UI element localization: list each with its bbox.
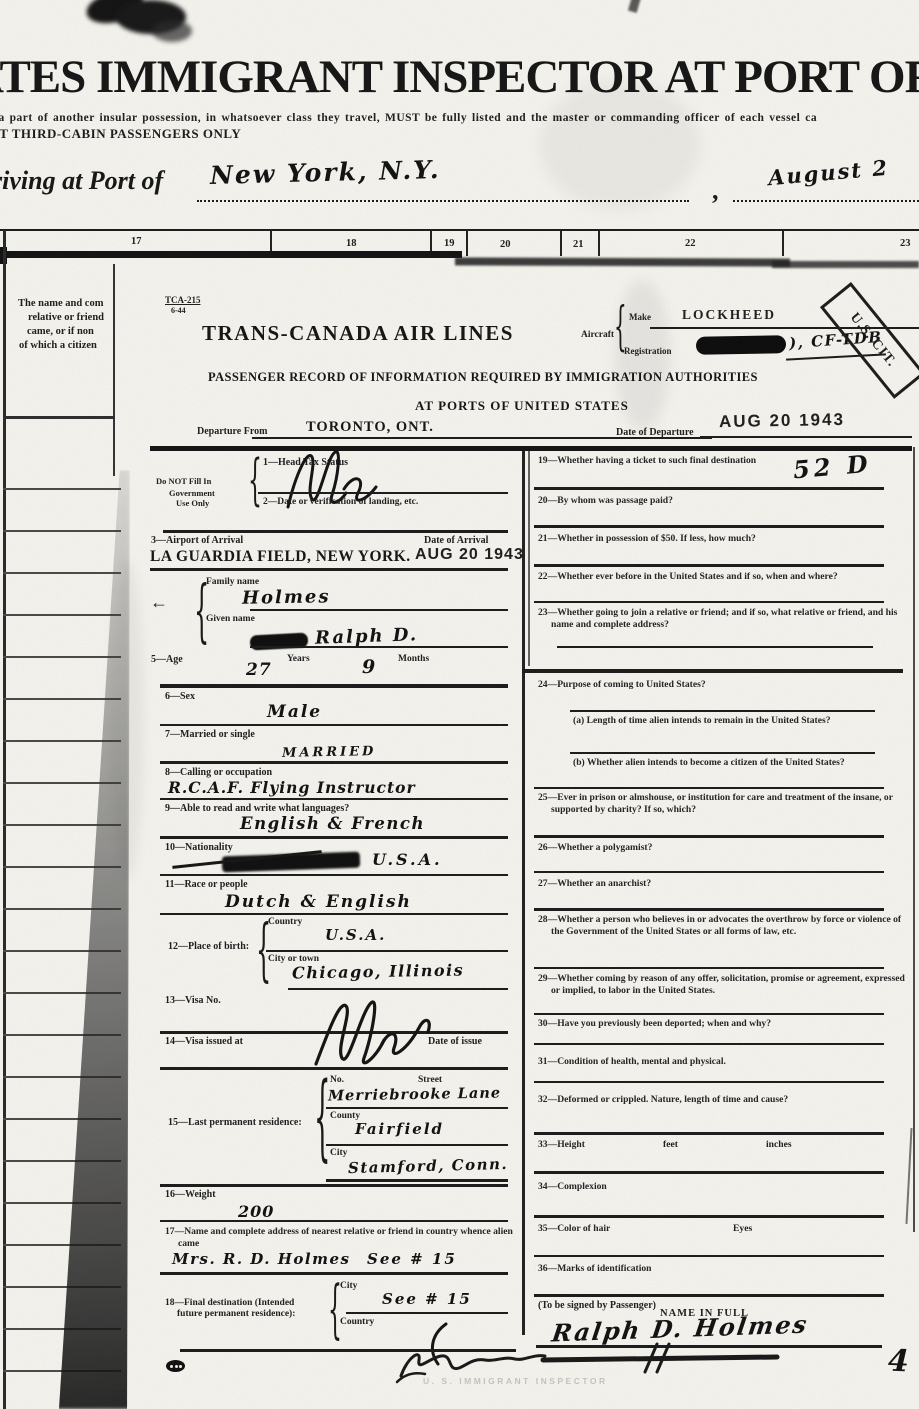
residence-no-label: No. xyxy=(330,1075,344,1085)
column-divider xyxy=(560,230,562,256)
column-number-18: 18 xyxy=(346,238,357,249)
manifest-note-2: IST THIRD-CABIN PASSENGERS ONLY xyxy=(0,126,241,142)
rule xyxy=(160,874,508,876)
airline-name: TRANS-CANADA AIR LINES xyxy=(202,321,514,346)
column-number-20: 20 xyxy=(500,239,511,250)
field10-label: 10—Nationality xyxy=(165,842,233,853)
field25-label: 25—Ever in prison or almshouse, or insti… xyxy=(538,792,915,815)
bug-dot xyxy=(170,1365,173,1368)
column-number-19: 19 xyxy=(444,238,455,249)
rule xyxy=(534,1013,884,1015)
column-number-22: 22 xyxy=(685,238,696,249)
field34-label: 34—Complexion xyxy=(538,1181,909,1193)
languages-value: English & French xyxy=(240,814,425,833)
rule xyxy=(534,787,884,789)
rule xyxy=(534,908,884,911)
departure-from-value: TORONTO, ONT. xyxy=(306,419,434,436)
field21-label: 21—Whether in possession of $50. If less… xyxy=(538,533,909,545)
field1-line xyxy=(258,492,508,494)
age-years-value: 27 xyxy=(246,660,272,680)
departure-from-label: Departure From xyxy=(197,426,267,437)
field11-label: 11—Race or people xyxy=(165,879,248,890)
field31-label: 31—Condition of health, mental and physi… xyxy=(538,1056,909,1068)
rule xyxy=(534,835,884,838)
rule xyxy=(534,967,884,969)
form-subheading: AT PORTS OF UNITED STATES xyxy=(415,398,629,414)
months-label: Months xyxy=(398,654,429,664)
rule xyxy=(160,684,508,688)
rule xyxy=(534,564,884,567)
field9-label: 9—Able to read and write what languages? xyxy=(165,803,349,814)
aircraft-make-value: LOCKHEED xyxy=(682,307,776,323)
ink-speck xyxy=(628,0,641,13)
married-single-value: MARRIED xyxy=(282,744,377,761)
given-name-line xyxy=(250,646,508,648)
form-edition: 6-44 xyxy=(171,306,186,315)
destination-city-line xyxy=(346,1312,508,1314)
nationality-value: U.S.A. xyxy=(372,850,443,869)
printers-union-bug-icon xyxy=(166,1360,185,1372)
rule xyxy=(570,710,875,712)
given-name-label: Given name xyxy=(206,614,255,624)
field15-label: 15—Last permanent residence: xyxy=(168,1117,302,1128)
gov-note-line2: Government xyxy=(169,488,215,498)
eyes-label: Eyes xyxy=(733,1223,752,1234)
field8-label: 8—Calling or occupation xyxy=(165,767,272,778)
field7-label: 7—Married or single xyxy=(165,729,255,740)
residence-county-value: Fairfield xyxy=(355,1120,444,1138)
relative-name-value: Mrs. R. D. Holmes xyxy=(172,1250,350,1268)
field3-date-label: Date of Arrival xyxy=(424,535,488,546)
departure-date-line xyxy=(700,436,912,438)
destination-city-label: City xyxy=(340,1281,357,1291)
field23-label: 23—Whether going to join a relative or f… xyxy=(538,607,913,630)
field16-label: 16—Weight xyxy=(165,1189,216,1200)
margin-note-line: of which a citizen xyxy=(19,340,97,351)
birth-city-line xyxy=(288,988,508,990)
redaction-blob xyxy=(696,335,786,355)
column-number-17: 17 xyxy=(131,236,142,247)
page-number: 4 xyxy=(887,1344,910,1380)
rule xyxy=(160,1220,508,1222)
field14-label: 14—Visa issued at xyxy=(165,1036,243,1047)
field27-label: 27—Whether an anarchist? xyxy=(538,878,909,890)
date-of-issue-label: Date of issue xyxy=(428,1036,482,1047)
rule xyxy=(534,525,884,528)
rule xyxy=(534,1081,884,1083)
comma: , xyxy=(712,176,719,206)
rule xyxy=(534,871,884,873)
birth-country-label: Country xyxy=(268,917,302,927)
arriving-at-port-label: riving at Port of xyxy=(0,166,163,196)
rule xyxy=(160,1184,508,1187)
field28-label: 28—Whether a person who believes in or a… xyxy=(538,914,915,937)
header-thick-rule xyxy=(150,446,912,451)
signed-by-passenger-label: (To be signed by Passenger) xyxy=(538,1300,656,1311)
date-of-departure-label: Date of Departure xyxy=(616,427,694,438)
field24a-label: (a) Length of time alien intends to rema… xyxy=(573,715,903,727)
field17-label: 17—Name and complete address of nearest … xyxy=(165,1226,523,1249)
rule xyxy=(534,487,884,490)
family-name-line xyxy=(250,609,508,611)
race-value: Dutch & English xyxy=(225,892,412,912)
ledger-line xyxy=(3,416,115,419)
rule xyxy=(160,836,508,839)
form-right-border xyxy=(913,447,915,1232)
rule xyxy=(534,1171,884,1174)
departure-date-stamp: AUG 20 1943 xyxy=(719,410,845,432)
aircraft-label: Aircraft xyxy=(581,330,614,340)
rule xyxy=(534,601,884,603)
airport-of-arrival-value: LA GUARDIA FIELD, NEW YORK. xyxy=(150,548,411,566)
bug-dot xyxy=(175,1365,178,1368)
form-right-border-lower xyxy=(905,1128,912,1224)
us-cit-stamp-text: U.S. CIT. xyxy=(846,310,899,370)
manifest-title: ATES IMMIGRANT INSPECTOR AT PORT OF ARRI xyxy=(0,50,919,104)
field5-label: 5—Age xyxy=(151,654,183,665)
field22-label: 22—Whether ever before in the United Sta… xyxy=(538,571,909,583)
rule xyxy=(534,1255,884,1257)
rule xyxy=(534,1215,884,1218)
column-divider xyxy=(782,230,784,256)
scanned-document: ATES IMMIGRANT INSPECTOR AT PORT OF ARRI… xyxy=(0,0,919,1409)
residence-street-line xyxy=(326,1107,508,1109)
center-divider-double xyxy=(528,451,530,666)
rule xyxy=(570,752,875,754)
paper-grain-overlay xyxy=(0,0,919,1409)
relative-ref-value: See # 15 xyxy=(367,1250,457,1268)
rule xyxy=(160,798,508,800)
form-code: TCA-215 xyxy=(165,295,201,305)
field36-label: 36—Marks of identification xyxy=(538,1263,909,1275)
aircraft-reg-label: Registration xyxy=(624,346,672,356)
field6-label: 6—Sex xyxy=(165,691,195,702)
manifest-note: or a part of another insular possession,… xyxy=(0,112,817,124)
field4-brace: { xyxy=(194,577,209,645)
center-divider xyxy=(522,451,525,1335)
residence-street-value: Merriebrooke Lane xyxy=(328,1084,501,1104)
aircraft-brace: { xyxy=(614,300,627,352)
rule xyxy=(160,913,508,915)
field30-label: 30—Have you previously been deported; wh… xyxy=(538,1018,909,1030)
field33-label: 33—Height xyxy=(538,1139,671,1151)
field26-label: 26—Whether a polygamist? xyxy=(538,842,909,854)
column-number-21: 21 xyxy=(573,239,584,250)
thick-rule-smudge xyxy=(772,261,919,268)
gov-brace: { xyxy=(248,456,262,511)
inches-label: inches xyxy=(766,1139,792,1150)
column-divider xyxy=(598,230,600,256)
residence-street-label: Street xyxy=(418,1075,442,1085)
residence-city-label: City xyxy=(330,1148,347,1158)
rule xyxy=(160,761,508,764)
field24b-label: (b) Whether alien intends to become a ci… xyxy=(573,757,903,769)
rule xyxy=(534,1043,884,1045)
gov-note-line1: Do NOT Fill In xyxy=(156,476,211,486)
family-name-value: Holmes xyxy=(242,586,331,609)
rule xyxy=(534,1294,884,1297)
birth-country-line xyxy=(266,950,508,952)
destination-city-value: See # 15 xyxy=(382,1290,472,1308)
field18-label-2: future permanent residence): xyxy=(177,1309,295,1319)
aircraft-make-label: Make xyxy=(629,312,651,322)
weight-value: 200 xyxy=(238,1202,274,1221)
years-label: Years xyxy=(287,654,310,664)
thick-rule-smudge xyxy=(455,257,790,266)
rule xyxy=(534,1132,884,1135)
form-heading: PASSENGER RECORD OF INFORMATION REQUIRED… xyxy=(208,370,758,385)
field20-label: 20—By whom was passage paid? xyxy=(538,495,909,507)
name-pointer-arrow: ← xyxy=(150,592,168,613)
field3-label: 3—Airport of Arrival xyxy=(151,535,243,546)
field2-label: 2—Date or verification of landing, etc. xyxy=(263,497,418,507)
feet-label: feet xyxy=(663,1139,678,1150)
age-months-value: 9 xyxy=(362,656,376,678)
field18-label-1: 18—Final destination (Intended xyxy=(165,1298,294,1308)
field29-label: 29—Whether coming by reason of any offer… xyxy=(538,973,915,996)
ledger-margin-note: The name and com relative or friend came… xyxy=(0,295,114,357)
residence-county-line xyxy=(326,1144,508,1146)
destination-country-label: Country xyxy=(340,1317,374,1327)
bug-dot xyxy=(179,1365,182,1368)
field32-label: 32—Deformed or crippled. Nature, length … xyxy=(538,1094,909,1106)
gov-note-line3: Use Only xyxy=(176,498,209,508)
residence-city-value: Stamford, Conn. xyxy=(348,1155,509,1177)
field24-label: 24—Purpose of coming to United States? xyxy=(538,679,909,691)
family-name-label: Family name xyxy=(206,577,259,587)
field23-answer-line xyxy=(557,646,873,648)
birth-city-value: Chicago, Illinois xyxy=(292,960,464,982)
sex-value: Male xyxy=(267,702,322,722)
thick-rule xyxy=(522,669,903,673)
column-divider xyxy=(466,230,468,256)
field12-label: 12—Place of birth: xyxy=(168,941,249,952)
port-underline xyxy=(197,176,689,202)
margin-note-line: relative or friend xyxy=(28,312,104,323)
ink-blob xyxy=(152,20,192,42)
thick-rule xyxy=(0,251,462,258)
field3-line xyxy=(150,568,508,571)
residence-city-line xyxy=(326,1179,508,1182)
field35-label: 35—Color of hair xyxy=(538,1223,711,1235)
rule xyxy=(163,530,508,533)
field13-label: 13—Visa No. xyxy=(165,995,221,1006)
visa-scrawl xyxy=(306,992,436,1072)
ticket-value: 52 D xyxy=(792,449,873,485)
rule xyxy=(160,724,508,726)
margin-note-line: came, or if non xyxy=(27,326,94,337)
occupation-value: R.C.A.F. Flying Instructor xyxy=(168,778,416,797)
column-number-23: 23 xyxy=(900,238,911,249)
arrival-date-stamp: AUG 20 1943 xyxy=(415,546,524,564)
rule xyxy=(160,1272,508,1275)
margin-note-line: The name and com xyxy=(18,298,103,309)
birth-country-value: U.S.A. xyxy=(325,926,386,944)
